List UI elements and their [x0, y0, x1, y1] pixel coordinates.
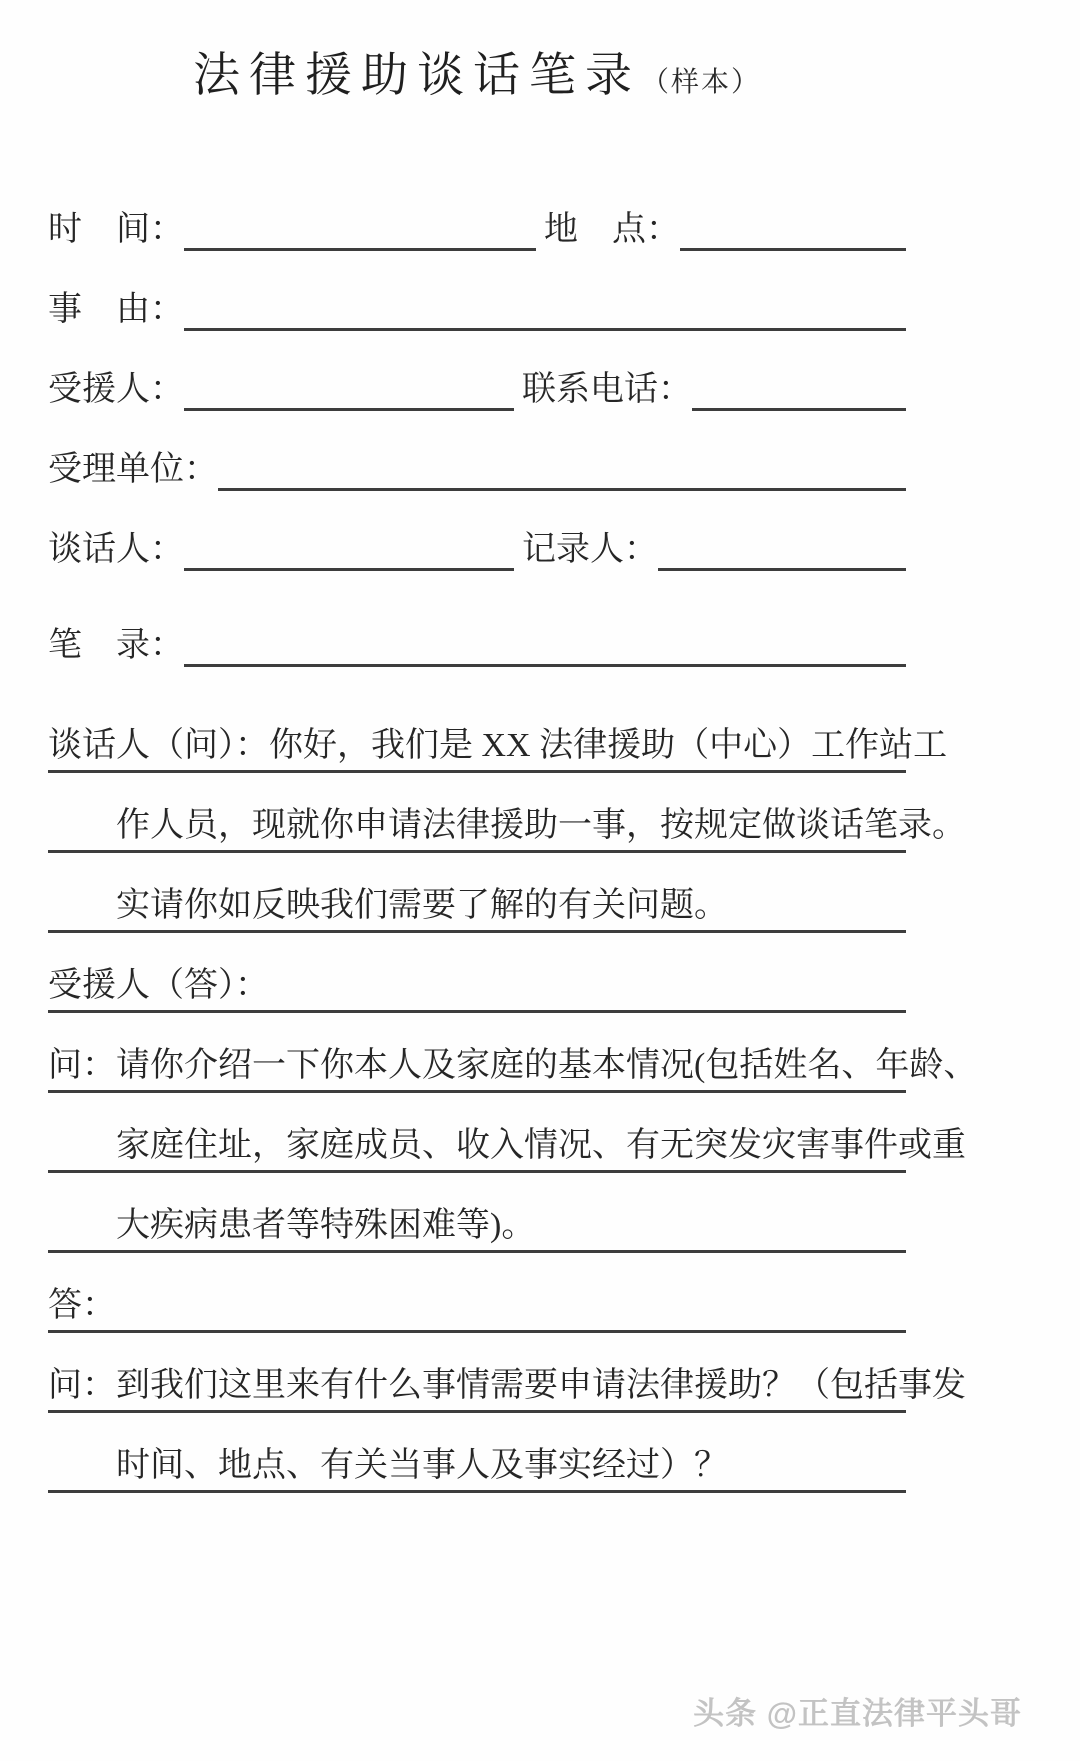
- form-row-cause: 事 由：: [48, 251, 906, 331]
- transcript-line: 实请你如反映我们需要了解的有关问题。: [48, 853, 906, 933]
- transcript-line-text: 大疾病患者等特殊困难等)。: [48, 1209, 535, 1250]
- place-blank-line: [680, 204, 906, 251]
- transcript-line-text: 实请你如反映我们需要了解的有关问题。: [48, 889, 728, 930]
- record-blank-line: [184, 620, 906, 667]
- transcript-line: 谈话人（问）：你好，我们是 XX 法律援助（中心）工作站工: [48, 693, 906, 773]
- document-content: 法律援助谈话笔录（样本） 时 间： 地 点： 事 由： 受援人： 联系电话： 受…: [48, 38, 906, 1493]
- form-row-agency: 受理单位：: [48, 411, 906, 491]
- interviewer-blank-line: [184, 524, 514, 571]
- cause-label: 事 由：: [48, 293, 184, 331]
- time-label: 时 间：: [48, 213, 184, 251]
- phone-blank-line: [692, 364, 906, 411]
- transcript-line-text: 作人员，现就你申请法律援助一事，按规定做谈话笔录。: [48, 809, 966, 850]
- form-row-interviewer-recorder: 谈话人： 记录人：: [48, 491, 906, 571]
- recipient-label: 受援人：: [48, 373, 184, 411]
- transcript-line-text: 谈话人（问）：你好，我们是 XX 法律援助（中心）工作站工: [48, 729, 947, 770]
- transcript-line-text: 答：: [48, 1289, 116, 1330]
- transcript-line: 受援人（答）：: [48, 933, 906, 1013]
- form-row-recipient-phone: 受援人： 联系电话：: [48, 331, 906, 411]
- transcript-line-text: 家庭住址，家庭成员、收入情况、有无突发灾害事件或重: [48, 1129, 966, 1170]
- document-page: 法律援助谈话笔录（样本） 时 间： 地 点： 事 由： 受援人： 联系电话： 受…: [0, 0, 1080, 1761]
- transcript-line: 家庭住址，家庭成员、收入情况、有无突发灾害事件或重: [48, 1093, 906, 1173]
- transcript-line: 作人员，现就你申请法律援助一事，按规定做谈话笔录。: [48, 773, 906, 853]
- recorder-label: 记录人：: [522, 533, 658, 571]
- page-title-note: （样本）: [641, 67, 761, 98]
- cause-blank-line: [184, 284, 906, 331]
- agency-blank-line: [218, 444, 906, 491]
- time-blank-line: [184, 204, 536, 251]
- transcript-line: 大疾病患者等特殊困难等)。: [48, 1173, 906, 1253]
- interviewer-label: 谈话人：: [48, 533, 184, 571]
- transcript-line: 问：到我们这里来有什么事情需要申请法律援助？（包括事发: [48, 1333, 906, 1413]
- transcript-line-text: 时间、地点、有关当事人及事实经过）？: [48, 1449, 728, 1490]
- recipient-blank-line: [184, 364, 514, 411]
- form-row-time-place: 时 间： 地 点：: [48, 171, 906, 251]
- phone-label: 联系电话：: [522, 373, 692, 411]
- watermark: 头条 @正直法律平头哥: [693, 1688, 1022, 1733]
- transcript-line: 问：请你介绍一下你本人及家庭的基本情况(包括姓名、年龄、: [48, 1013, 906, 1093]
- page-title: 法律援助谈话笔录（样本）: [48, 38, 906, 105]
- transcript-section: 谈话人（问）：你好，我们是 XX 法律援助（中心）工作站工作人员，现就你申请法律…: [48, 693, 906, 1493]
- transcript-line: 答：: [48, 1253, 906, 1333]
- transcript-line-text: 问：到我们这里来有什么事情需要申请法律援助？（包括事发: [48, 1369, 966, 1410]
- agency-label: 受理单位：: [48, 453, 218, 491]
- place-label: 地 点：: [544, 213, 680, 251]
- record-label: 笔 录：: [48, 629, 184, 667]
- transcript-line: 时间、地点、有关当事人及事实经过）？: [48, 1413, 906, 1493]
- recorder-blank-line: [658, 524, 906, 571]
- form-row-record: 笔 录：: [48, 571, 906, 667]
- transcript-line-text: 受援人（答）：: [48, 969, 269, 1010]
- page-title-main: 法律援助谈话笔录: [193, 50, 641, 102]
- transcript-line-text: 问：请你介绍一下你本人及家庭的基本情况(包括姓名、年龄、: [48, 1049, 977, 1090]
